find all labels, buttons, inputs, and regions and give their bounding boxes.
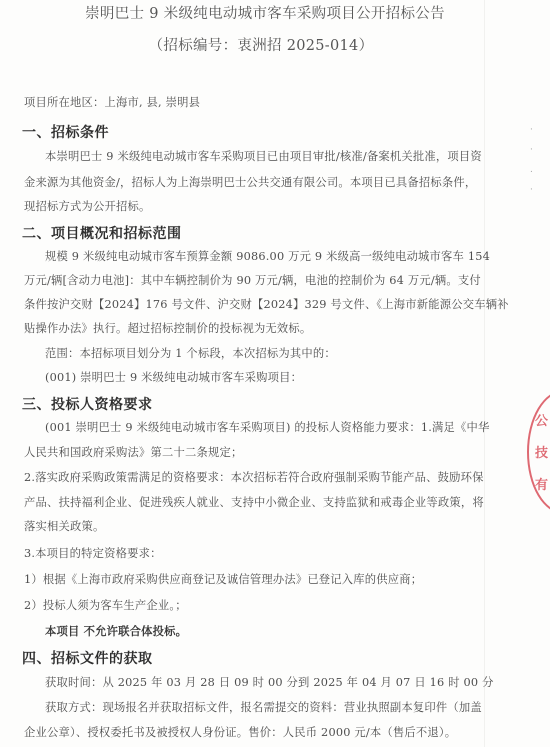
section-2-line-1: 规模 9 米级纯电动城市客车预算金额 9086.00 万元 9 米级高一级纯电动…: [45, 250, 490, 264]
section-heading-4: 四、招标文件的获取: [22, 648, 153, 668]
section-4-line-2: 获取方式：现场报名并获取招标文件，报名需提交的资料：营业执照副本复印件（加盖: [45, 701, 482, 715]
section-2-lot: (001) 崇明巴士 9 米级纯电动城市客车采购项目：: [45, 371, 302, 385]
section-heading-3: 三、投标人资格要求: [22, 394, 153, 414]
section-2-range: 范围：本招标项目划分为 1 个标段，本次招标为其中的：: [45, 347, 336, 361]
fold-line: [484, 0, 485, 747]
document-page: ··.· 崇明巴士 9 米级纯电动城市客车采购项目公开招标公告 （招标编号：衷洲…: [0, 0, 550, 747]
section-heading-2: 二、项目概况和招标范围: [22, 223, 182, 243]
section-3-line-2: 人民共和国政府采购法》第二十二条规定；: [24, 446, 242, 460]
stamp-char: 公: [535, 410, 548, 429]
section-heading-1: 一、招标条件: [22, 122, 109, 142]
section-1-line-1: 本崇明巴士 9 米级纯电动城市客车采购项目已由项目审批/核准/备案机关批准，项目…: [45, 150, 482, 164]
section-1-line-3: 现招标方式为公开招标。: [24, 200, 150, 214]
section-2-line-2: 万元/辆[含动力电池]：其中车辆控制价为 90 万元/辆，电池的控制价为 64 …: [24, 274, 481, 288]
red-seal-stamp: 公 技 有: [527, 390, 550, 514]
section-4-line-1: 获取时间：从 2025 年 03 月 28 日 09 时 00 分到 2025 …: [45, 676, 494, 690]
section-2-line-3: 条件按沪交财【2024】176 号文件、沪交财【2024】329 号文件、《上海…: [24, 298, 509, 312]
section-3-line-3: 2.落实政府采购政策需满足的资格要求：本次招标若符合政府强制采购节能产品、鼓励环…: [24, 471, 484, 485]
section-3-line-8: 2）投标人须为客车生产企业。；: [24, 599, 187, 613]
section-2-line-4: 贴操作办法》执行。超过招标控制价的投标视为无效标。: [24, 322, 311, 336]
stamp-char: 技: [535, 442, 548, 461]
section-3-line-7: 1）根据《上海市政府采购供应商登记及诚信管理办法》已登记入库的供应商；: [24, 573, 422, 587]
tender-number: （招标编号：衷洲招 2025-014）: [0, 34, 536, 55]
section-3-line-6: 3.本项目的特定资格要求：: [24, 547, 162, 561]
scan-specks: ··.·: [530, 120, 533, 200]
section-3-line-5: 落实相关政策。: [24, 520, 104, 534]
section-3-line-1: (001 崇明巴士 9 米级纯电动城市客车采购项目) 的投标人资格能力要求：1.…: [45, 421, 490, 435]
section-4-line-3: 企业公章）、授权委托书及被授权人身份证。售价：人民币 2000 元/本（售后不退…: [24, 726, 456, 740]
section-3-line-4: 产品、扶持福利企业、促进残疾人就业、支持中小微企业、支持监狱和戒毒企业等政策，将: [24, 496, 484, 510]
document-title: 崇明巴士 9 米级纯电动城市客车采购项目公开招标公告: [0, 2, 540, 23]
section-3-consortium-note: 本项目 不允许联合体投标。: [45, 624, 187, 638]
section-1-line-2: 金来源为其他资金/，招标人为上海崇明巴士公共交通有限公司。本项目已具备招标条件，: [24, 176, 476, 190]
stamp-char: 有: [535, 474, 548, 493]
region-line: 项目所在地区：上海市, 县, 崇明县: [24, 96, 200, 110]
